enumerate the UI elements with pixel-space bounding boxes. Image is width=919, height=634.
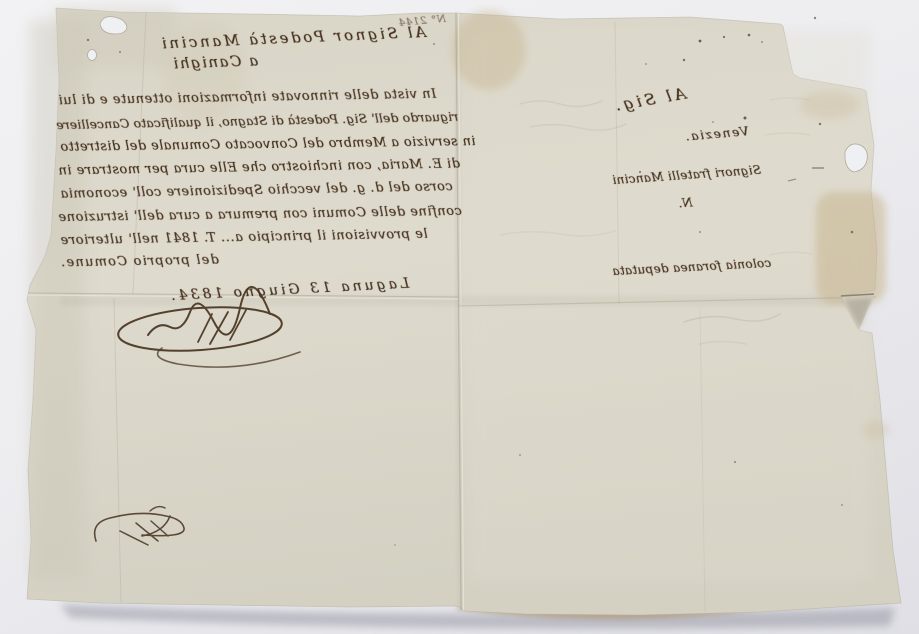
- stain: [800, 91, 860, 119]
- stain: [165, 25, 245, 125]
- stain: [816, 192, 886, 304]
- top-left-corner-shading: [56, 8, 176, 68]
- letter-photo: N° 2144 Al Signor Podestà Mancini a Cani…: [0, 0, 919, 634]
- stain: [452, 10, 526, 90]
- fold-shading: [60, 296, 870, 306]
- paper-hole: [88, 50, 97, 61]
- letter-photo-svg: [0, 0, 919, 634]
- stain: [862, 421, 890, 439]
